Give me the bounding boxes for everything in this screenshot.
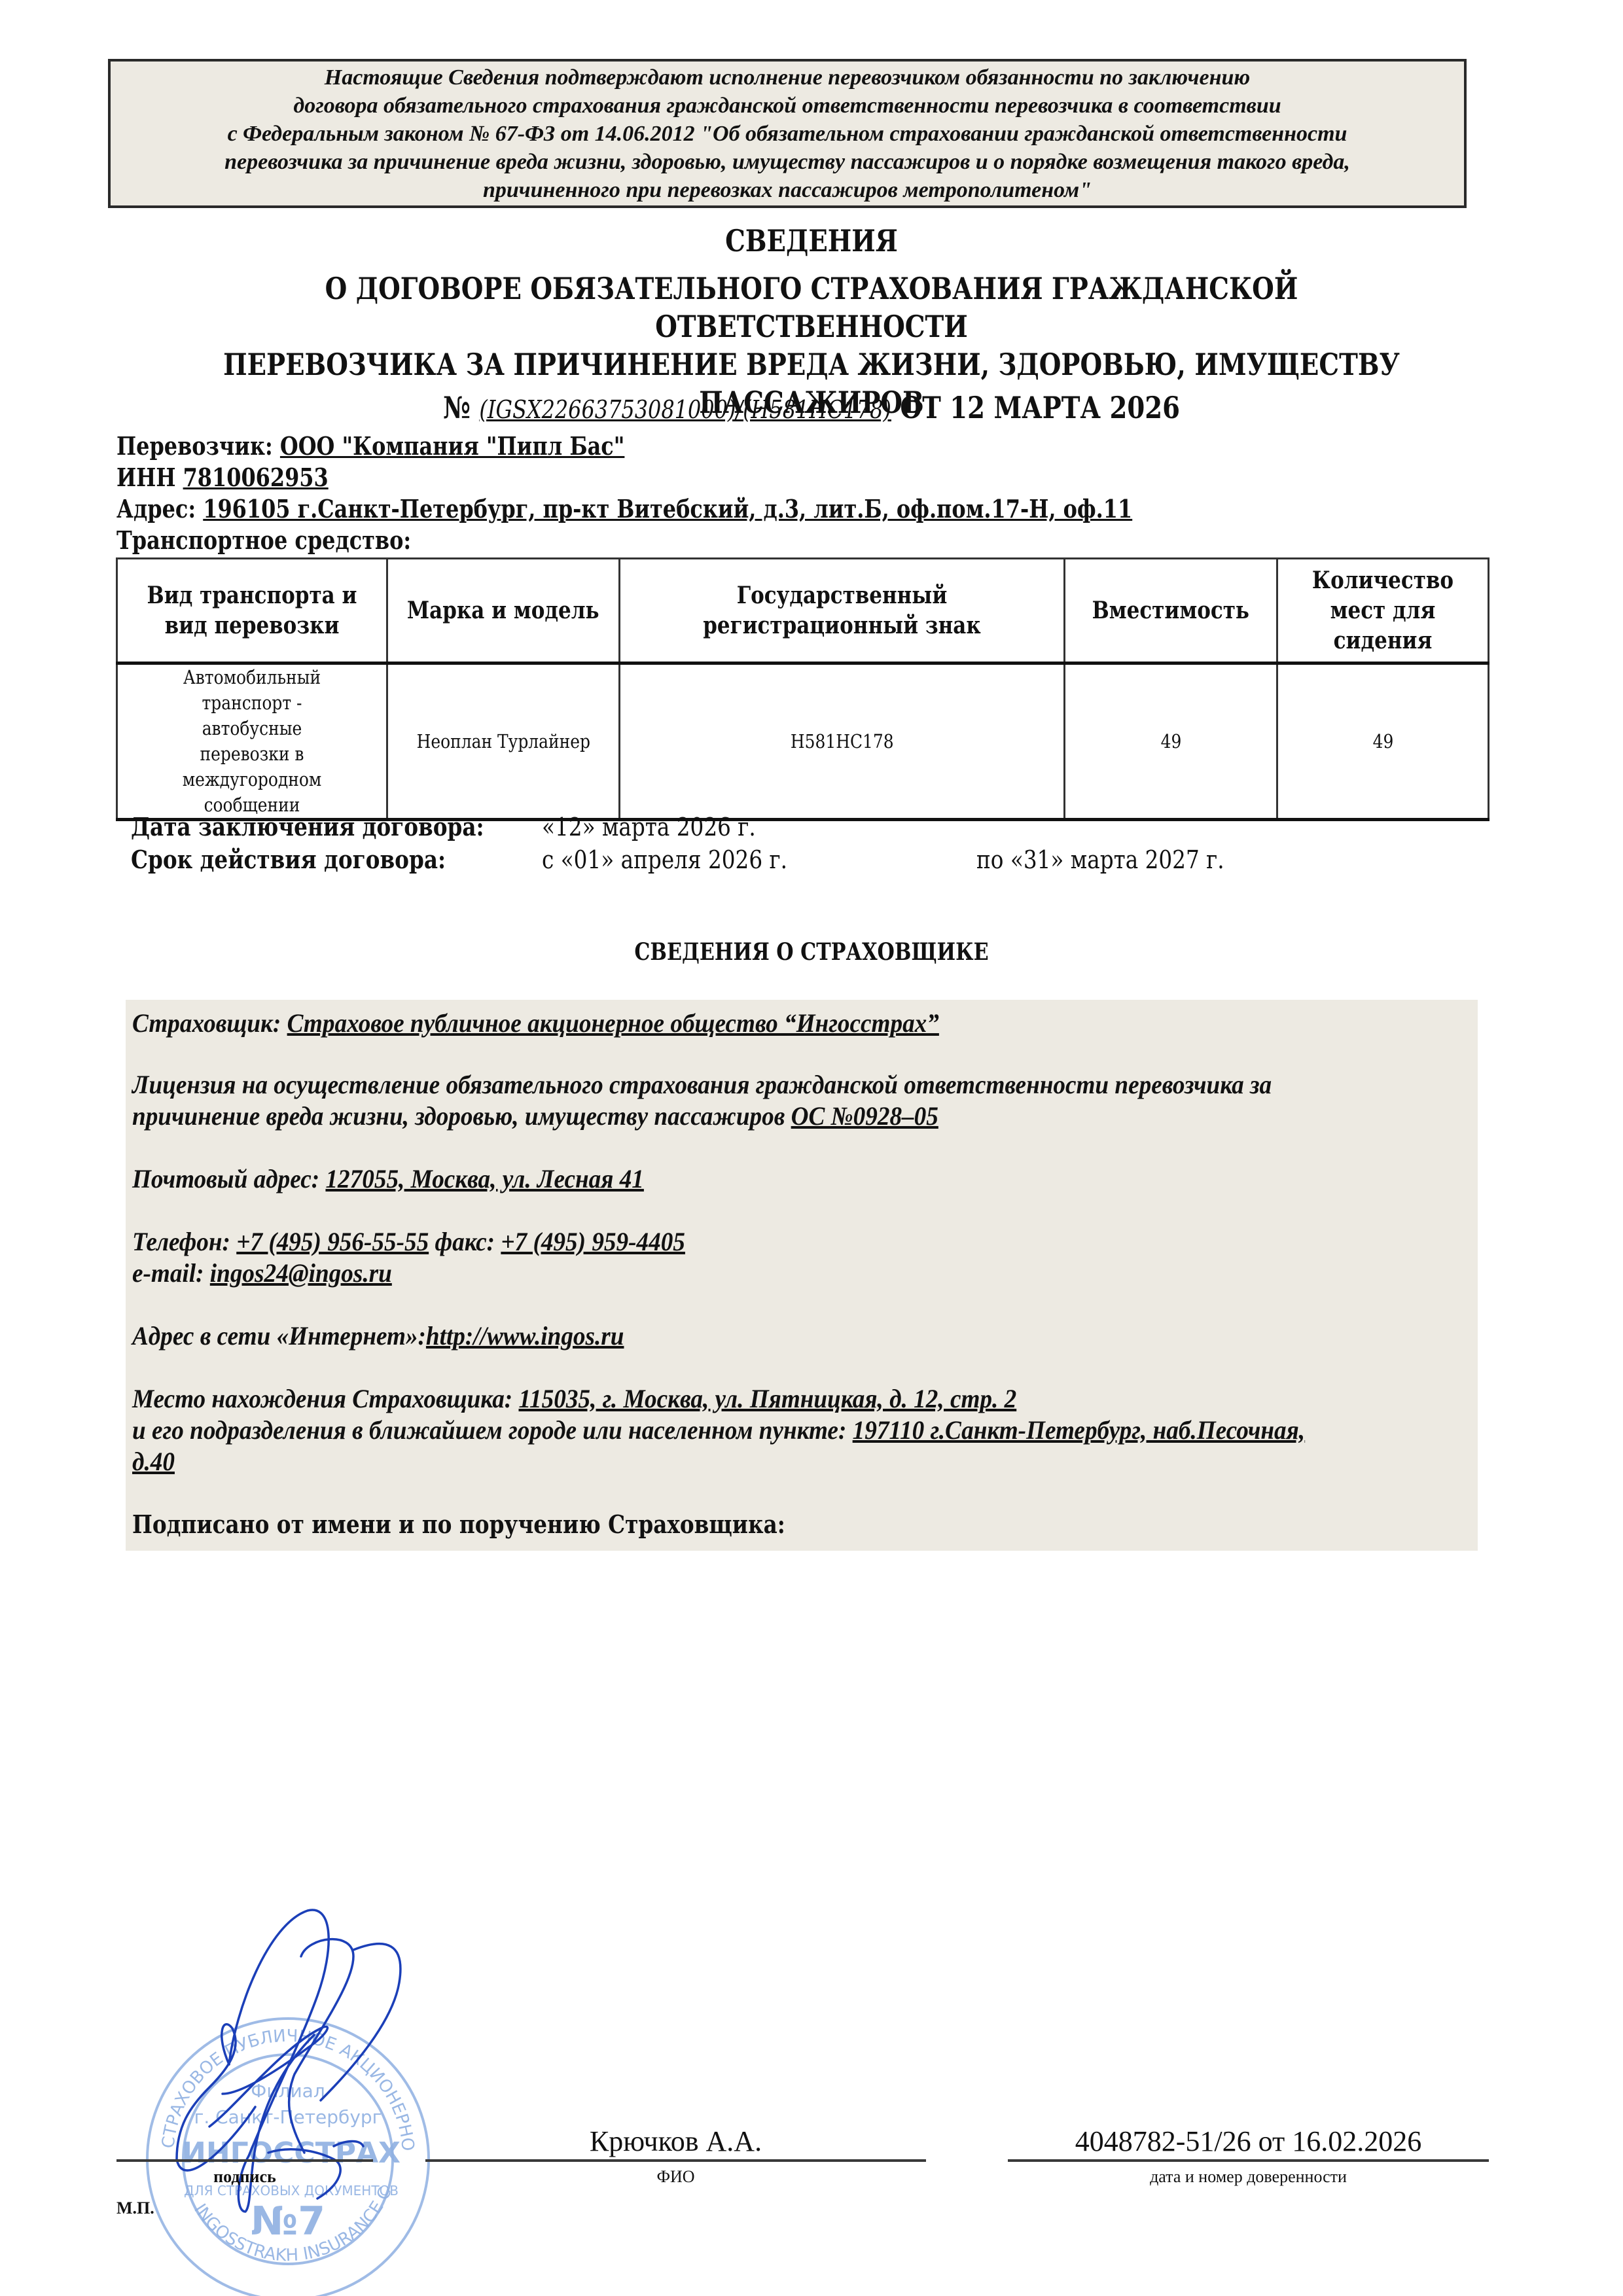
- contract-number-line: № (IGSX22663753081000)/(H581HC178) ОТ 12…: [218, 389, 1405, 428]
- cell-seats: 49: [1277, 663, 1489, 820]
- conclusion-date: «12» марта 2026 г.: [542, 810, 756, 844]
- carrier-inn-row: ИНН 7810062953: [116, 462, 1161, 493]
- license-number: ОС №0928–05: [791, 1101, 938, 1131]
- table-header-row: Вид транспорта и вид перевозки Марка и м…: [117, 559, 1489, 663]
- cell-plate: Н581НС178: [620, 663, 1065, 820]
- vehicle-table: Вид транспорта и вид перевозки Марка и м…: [116, 557, 1489, 821]
- carrier-name: ООО "Компания "Пипл Бас": [280, 431, 624, 461]
- column-header: Вид транспорта и вид перевозки: [117, 559, 387, 663]
- phone-fax-row: Телефон: +7 (495) 956-55-55 факс: +7 (49…: [132, 1226, 685, 1258]
- column-header: Количество мест для сидения: [1277, 559, 1489, 663]
- branch-address-cont: д.40: [132, 1447, 175, 1476]
- carrier-inn: 7810062953: [183, 463, 329, 492]
- term-label: Срок действия договора:: [131, 843, 446, 877]
- contract-date: ОТ 12 МАРТА 2026: [891, 390, 1180, 425]
- contract-number: (IGSX22663753081000)/(H581HC178): [479, 395, 891, 424]
- legal-notice-box: Настоящие Сведения подтверждают исполнен…: [108, 59, 1467, 208]
- carrier-label: Перевозчик:: [116, 431, 280, 461]
- insurer-location: 115035, г. Москва, ул. Пятницкая, д. 12,…: [518, 1384, 1016, 1413]
- inn-label: ИНН: [116, 463, 183, 492]
- license-line-1: Лицензия на осуществление обязательного …: [132, 1069, 1272, 1101]
- insurer-name: Страховое публичное акционерное общество…: [287, 1008, 939, 1038]
- website-link[interactable]: http://www.ingos.ru: [426, 1321, 624, 1351]
- email-row: e-mail: ingos24@ingos.ru: [132, 1258, 392, 1289]
- signature-line: [116, 2159, 373, 2162]
- insurer-panel: Страховщик: Страховое публичное акционер…: [126, 1000, 1478, 1551]
- website-row: Адрес в сети «Интернет»:http://www.ingos…: [132, 1320, 624, 1352]
- carrier-address-row: Адрес: 196105 г.Санкт-Петербург, пр-кт В…: [116, 493, 1161, 525]
- conclusion-date-row: Дата заключения договора: «12» марта 202…: [131, 810, 1440, 844]
- notice-line: перевозчика за причинение вреда жизни, з…: [224, 148, 1350, 176]
- branch-address: 197110 г.Санкт-Петербург, наб.Песочная,: [853, 1415, 1305, 1445]
- power-of-attorney: 4048782-51/26 от 16.02.2026: [1008, 2125, 1489, 2158]
- location-row: Место нахождения Страховщика: 115035, г.…: [132, 1383, 1016, 1415]
- name-line: [425, 2159, 926, 2162]
- carrier-name-row: Перевозчик: ООО "Компания "Пипл Бас": [116, 431, 1161, 462]
- carrier-address: 196105 г.Санкт-Петербург, пр-кт Витебски…: [203, 494, 1132, 523]
- column-header: Государственный регистрационный знак: [620, 559, 1065, 663]
- name-caption: ФИО: [425, 2167, 926, 2187]
- conclusion-date-label: Дата заключения договора:: [131, 810, 484, 844]
- cell-capacity: 49: [1065, 663, 1277, 820]
- number-prefix: №: [443, 390, 479, 425]
- seal-place-label: М.П.: [116, 2199, 154, 2218]
- insurer-section-title: СВЕДЕНИЯ О СТРАХОВЩИКЕ: [218, 937, 1405, 967]
- postal-address-row: Почтовый адрес: 127055, Москва, ул. Лесн…: [132, 1163, 644, 1195]
- cell-model: Неоплан Турлайнер: [387, 663, 620, 820]
- table-row: Автомобильный транспорт - автобусные пер…: [117, 663, 1489, 820]
- signatory-name: Крючков А.А.: [425, 2125, 926, 2158]
- term-from: с «01» апреля 2026 г.: [542, 843, 787, 877]
- license-line-2: причинение вреда жизни, здоровью, имущес…: [132, 1101, 938, 1132]
- phone-link[interactable]: +7 (495) 956-55-55: [236, 1227, 429, 1256]
- notice-line: с Федеральным законом № 67-ФЗ от 14.06.2…: [228, 120, 1347, 148]
- poa-caption: дата и номер доверенности: [1008, 2167, 1489, 2187]
- signature-caption: подпись: [116, 2167, 373, 2187]
- poa-line: [1008, 2159, 1489, 2162]
- notice-line: причиненного при перевозках пассажиров м…: [483, 176, 1092, 204]
- insurer-name-row: Страховщик: Страховое публичное акционер…: [132, 1008, 939, 1039]
- vehicle-label: Транспортное средство:: [116, 525, 1161, 556]
- postal-address: 127055, Москва, ул. Лесная 41: [325, 1164, 643, 1193]
- branch-row: и его подразделения в ближайшем городе и…: [132, 1415, 1305, 1446]
- column-header: Марка и модель: [387, 559, 620, 663]
- branch-row-2: д.40: [132, 1446, 175, 1477]
- cell-transport-type: Автомобильный транспорт - автобусные пер…: [117, 663, 387, 820]
- email-link[interactable]: ingos24@ingos.ru: [210, 1258, 392, 1288]
- term-to: по «31» марта 2027 г.: [976, 843, 1224, 877]
- document-title: СВЕДЕНИЯ: [218, 222, 1405, 259]
- notice-line: договора обязательного страхования гражд…: [293, 92, 1281, 120]
- address-label: Адрес:: [116, 494, 203, 523]
- term-row: Срок действия договора: с «01» апреля 20…: [131, 843, 1440, 877]
- signed-on-behalf: Подписано от имени и по поручению Страхо…: [132, 1509, 785, 1540]
- column-header: Вместимость: [1065, 559, 1277, 663]
- subtitle-line: ПЕРЕВОЗЧИКА ЗА ПРИЧИНЕНИЕ ВРЕДА ЖИЗНИ, З…: [218, 345, 1405, 383]
- fax-number: +7 (495) 959-4405: [501, 1227, 685, 1256]
- notice-line: Настоящие Сведения подтверждают исполнен…: [325, 63, 1250, 92]
- subtitle-line: О ДОГОВОРЕ ОБЯЗАТЕЛЬНОГО СТРАХОВАНИЯ ГРА…: [218, 270, 1405, 345]
